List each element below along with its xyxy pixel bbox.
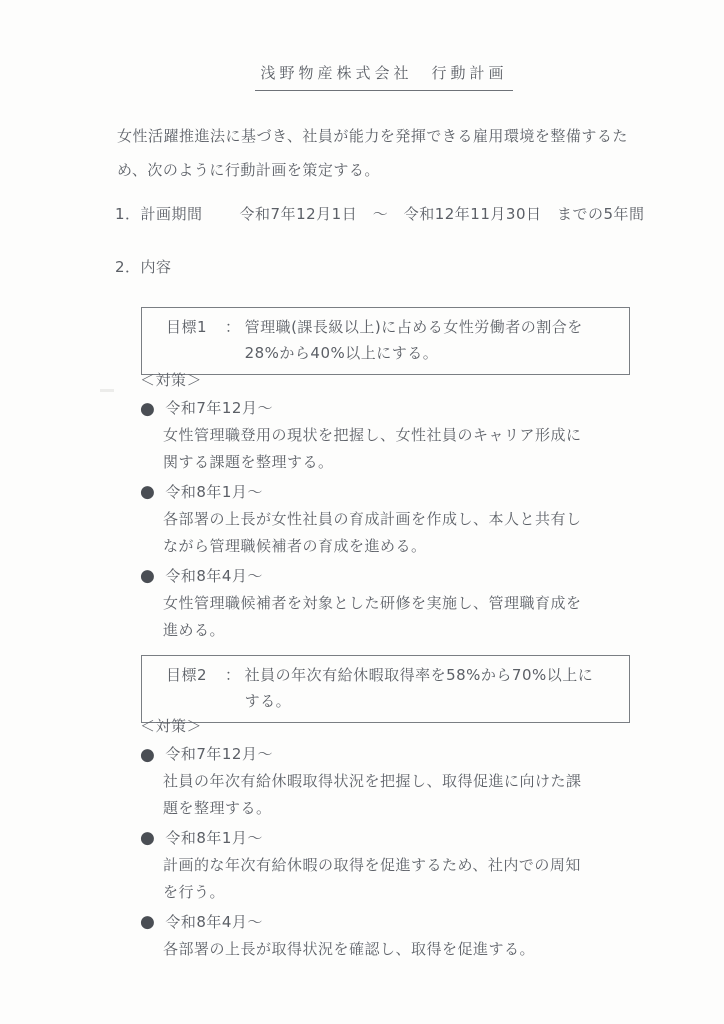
bullet-icon: ●: [140, 914, 155, 931]
goal2-measures-heading: ＜対策＞: [140, 716, 660, 736]
page-title: 浅野物産株式会社 行動計画: [255, 62, 512, 91]
measure-text: 題を整理する。: [163, 795, 660, 822]
bullet-icon: ●: [140, 830, 155, 847]
bullet-icon: ●: [140, 401, 155, 418]
scan-artifact: [100, 389, 114, 392]
intro-paragraph: 女性活躍推進法に基づき、社員が能力を発揮できる雇用環境を整備するため、次のように…: [117, 119, 642, 187]
goal1-measures-heading: ＜対策＞: [140, 370, 660, 390]
measure-text: 関する課題を整理する。: [163, 449, 660, 476]
goal1-measures: ＜対策＞ ● 令和7年12月～ 女性管理職登用の現状を把握し、女性社員のキャリア…: [140, 370, 660, 644]
measure-text: 社員の年次有給休暇取得状況を把握し、取得促進に向けた課: [163, 768, 660, 795]
measure-text: ながら管理職候補者の育成を進める。: [163, 533, 660, 560]
measure-date: 令和7年12月～: [165, 740, 273, 768]
goal2-colon: ：: [225, 662, 241, 688]
list-item: ● 令和8年1月～ 計画的な年次有給休暇の取得を促進するため、社内での周知 を行…: [140, 824, 660, 907]
measure-text: 進める。: [163, 617, 660, 644]
measure-date: 令和8年1月～: [165, 824, 263, 852]
title-block: 浅野物産株式会社 行動計画: [44, 62, 724, 91]
goal1-label: 目標1: [166, 314, 207, 340]
list-item: ● 令和7年12月～ 女性管理職登用の現状を把握し、女性社員のキャリア形成に 関…: [140, 394, 660, 477]
goal2-text-line: する。: [245, 688, 594, 714]
goal1-text-line: 28%から40%以上にする。: [245, 340, 583, 366]
list-item: ● 令和8年4月～ 各部署の上長が取得状況を確認し、取得を促進する。: [140, 908, 660, 963]
content-section-label: 2．内容: [115, 256, 172, 277]
goal2-box: 目標2 ： 社員の年次有給休暇取得率を58%から70%以上に する。: [141, 655, 630, 723]
list-item: ● 令和8年1月～ 各部署の上長が女性社員の育成計画を作成し、本人と共有し なが…: [140, 478, 660, 561]
goal1-text-line: 管理職(課長級以上)に占める女性労働者の割合を: [245, 314, 583, 340]
measure-date-row: ● 令和8年4月～: [140, 908, 660, 936]
bullet-icon: ●: [140, 747, 155, 764]
goal2-text-line: 社員の年次有給休暇取得率を58%から70%以上に: [245, 662, 594, 688]
measure-text: 女性管理職登用の現状を把握し、女性社員のキャリア形成に: [163, 422, 660, 449]
measure-text: 各部署の上長が女性社員の育成計画を作成し、本人と共有し: [163, 506, 660, 533]
goal1-text: 管理職(課長級以上)に占める女性労働者の割合を 28%から40%以上にする。: [245, 314, 583, 366]
goal1-colon: ：: [225, 314, 241, 340]
bullet-icon: ●: [140, 484, 155, 501]
measure-date-row: ● 令和7年12月～: [140, 394, 660, 422]
plan-period-row: 1．計画期間令和7年12月1日 ～ 令和12年11月30日 までの5年間: [115, 203, 645, 224]
measure-date-row: ● 令和7年12月～: [140, 740, 660, 768]
measure-date: 令和8年4月～: [165, 562, 263, 590]
goal1-box: 目標1 ： 管理職(課長級以上)に占める女性労働者の割合を 28%から40%以上…: [141, 307, 630, 375]
measure-text: 計画的な年次有給休暇の取得を促進するため、社内での周知: [163, 852, 660, 879]
measure-date: 令和8年1月～: [165, 478, 263, 506]
plan-period-label: 1．計画期間: [115, 203, 203, 224]
measure-text: 各部署の上長が取得状況を確認し、取得を促進する。: [163, 936, 660, 963]
plan-period-value: 令和7年12月1日 ～ 令和12年11月30日 までの5年間: [240, 203, 645, 224]
measure-text: を行う。: [163, 879, 660, 906]
measure-text: 女性管理職候補者を対象とした研修を実施し、管理職育成を: [163, 590, 660, 617]
list-item: ● 令和8年4月～ 女性管理職候補者を対象とした研修を実施し、管理職育成を 進め…: [140, 562, 660, 645]
goal2-label: 目標2: [166, 662, 207, 688]
goal2-text: 社員の年次有給休暇取得率を58%から70%以上に する。: [245, 662, 594, 714]
measure-date: 令和8年4月～: [165, 908, 263, 936]
measure-date-row: ● 令和8年1月～: [140, 478, 660, 506]
list-item: ● 令和7年12月～ 社員の年次有給休暇取得状況を把握し、取得促進に向けた課 題…: [140, 740, 660, 823]
measure-date-row: ● 令和8年1月～: [140, 824, 660, 852]
bullet-icon: ●: [140, 568, 155, 585]
measure-date-row: ● 令和8年4月～: [140, 562, 660, 590]
spacer: [203, 203, 240, 224]
measure-date: 令和7年12月～: [165, 394, 273, 422]
scanned-document-page: 浅野物産株式会社 行動計画 女性活躍推進法に基づき、社員が能力を発揮できる雇用環…: [0, 0, 724, 1024]
goal2-measures: ＜対策＞ ● 令和7年12月～ 社員の年次有給休暇取得状況を把握し、取得促進に向…: [140, 716, 660, 963]
